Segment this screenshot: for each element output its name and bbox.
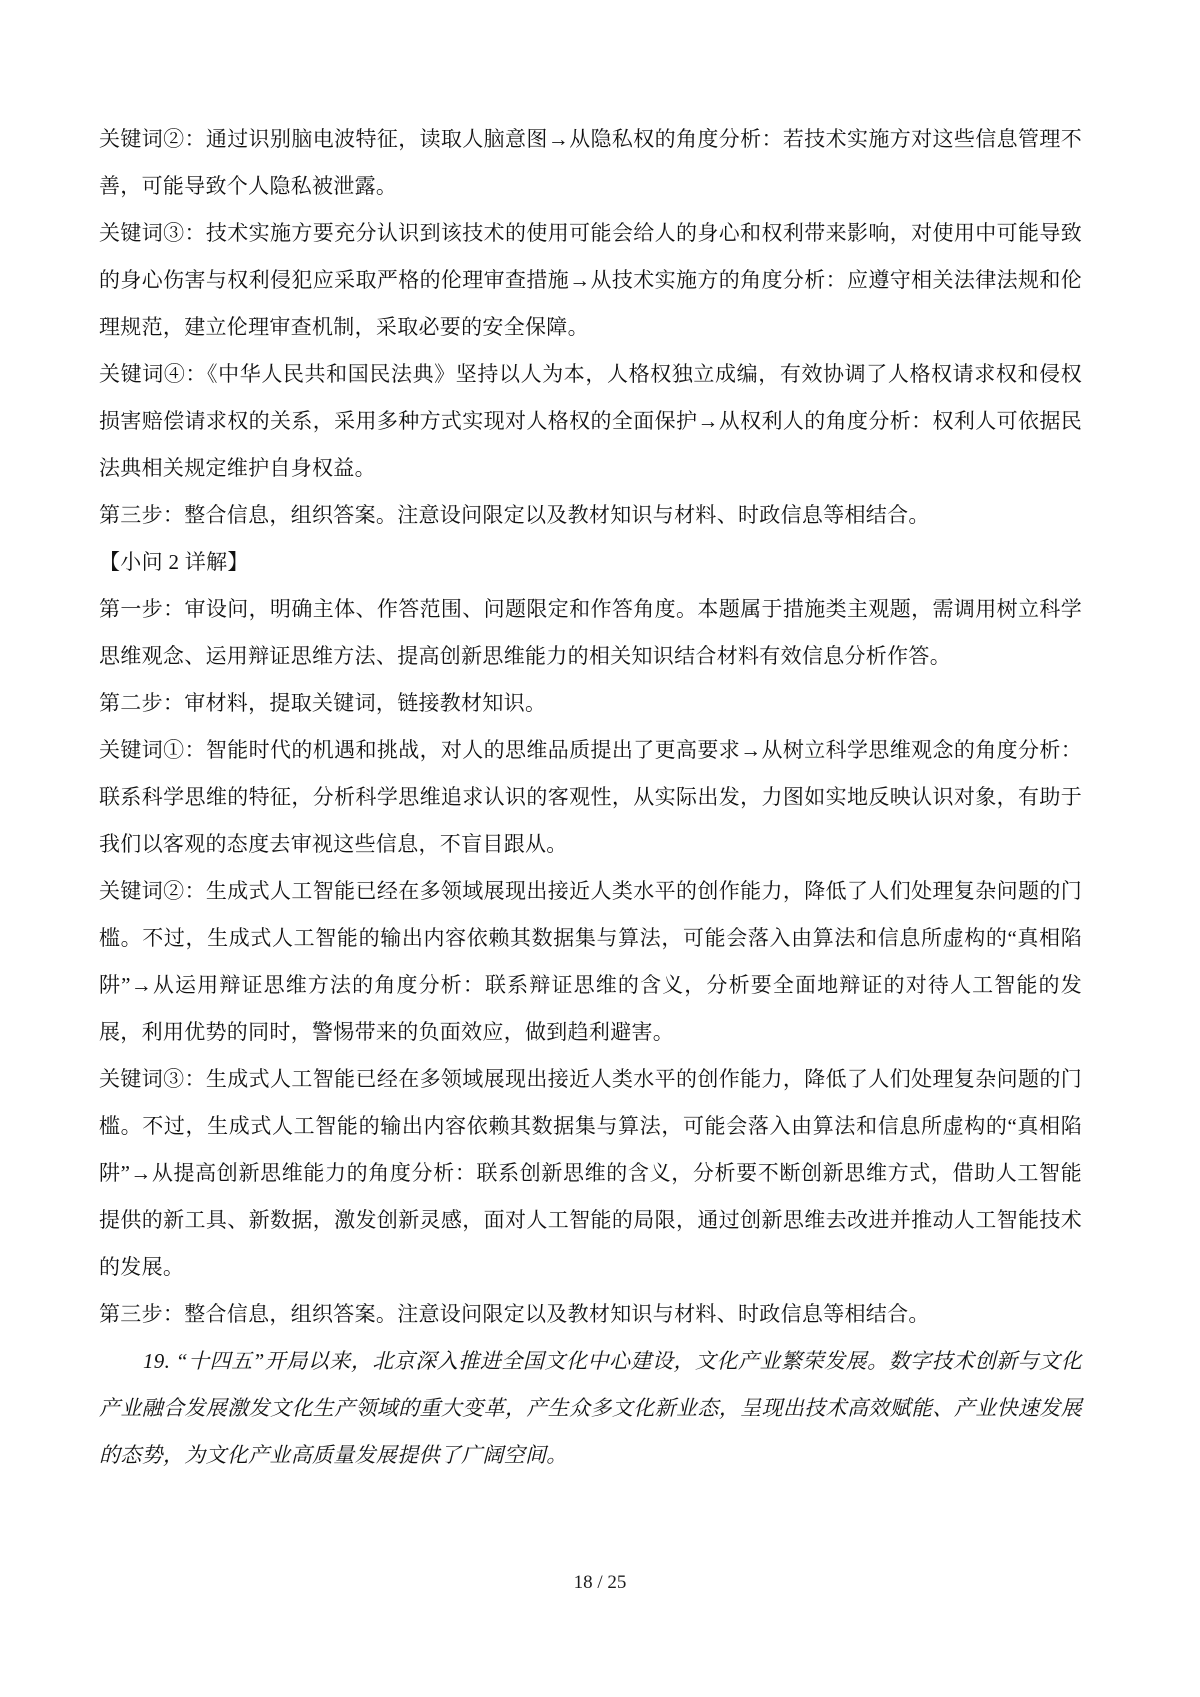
paragraph-keyword3-innovative-thinking: 关键词③：生成式人工智能已经在多领域展现出接近人类水平的创作能力，降低了人们处理… — [99, 1056, 1082, 1291]
paragraph-keyword4-civil-code: 关键词④：《中华人民共和国民法典》坚持以人为本，人格权独立成编，有效协调了人格权… — [99, 351, 1082, 492]
paragraph-step2: 第二步：审材料，提取关键词，链接教材知识。 — [99, 680, 1082, 727]
heading-subquestion-2: 【小问 2 详解】 — [99, 539, 1082, 586]
paragraph-keyword3-ethics: 关键词③：技术实施方要充分认识到该技术的使用可能会给人的身心和权利带来影响，对使… — [99, 210, 1082, 351]
document-body: 关键词②：通过识别脑电波特征，读取人脑意图→从隐私权的角度分析：若技术实施方对这… — [99, 116, 1082, 1479]
document-page: 关键词②：通过识别脑电波特征，读取人脑意图→从隐私权的角度分析：若技术实施方对这… — [0, 0, 1200, 1697]
paragraph-step3-question1: 第三步：整合信息，组织答案。注意设问限定以及教材知识与材料、时政信息等相结合。 — [99, 492, 1082, 539]
paragraph-step3-question2: 第三步：整合信息，组织答案。注意设问限定以及教材知识与材料、时政信息等相结合。 — [99, 1291, 1082, 1338]
paragraph-keyword1-scientific-thinking: 关键词①：智能时代的机遇和挑战，对人的思维品质提出了更高要求→从树立科学思维观念… — [99, 727, 1082, 868]
paragraph-step1: 第一步：审设问，明确主体、作答范围、问题限定和作答角度。本题属于措施类主观题，需… — [99, 586, 1082, 680]
page-number: 18 / 25 — [0, 1570, 1200, 1596]
paragraph-keyword2-privacy: 关键词②：通过识别脑电波特征，读取人脑意图→从隐私权的角度分析：若技术实施方对这… — [99, 116, 1082, 210]
paragraph-question-19: 19. “十四五”开局以来，北京深入推进全国文化中心建设，文化产业繁荣发展。数字… — [99, 1338, 1082, 1479]
paragraph-keyword2-dialectical-thinking: 关键词②：生成式人工智能已经在多领域展现出接近人类水平的创作能力，降低了人们处理… — [99, 868, 1082, 1056]
